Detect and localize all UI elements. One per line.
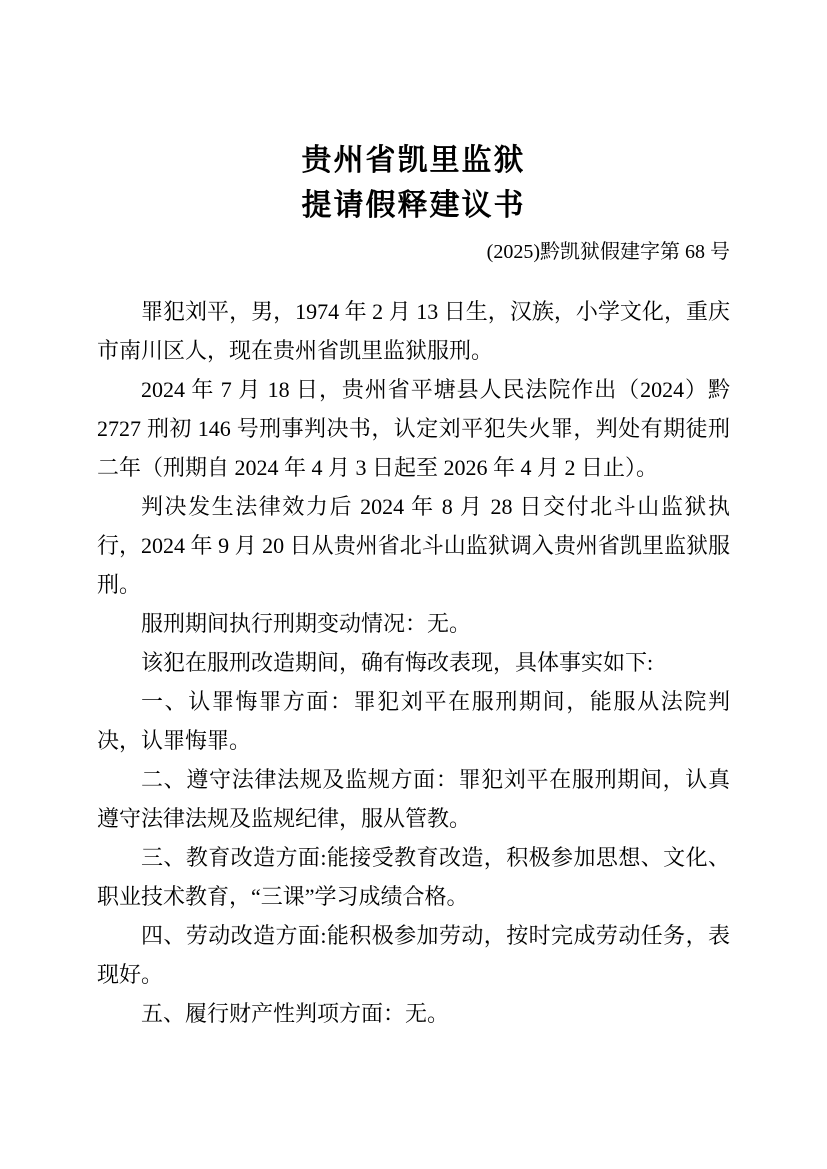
paragraph-repentance-intro: 该犯在服刑改造期间，确有悔改表现，具体事实如下: <box>97 643 730 682</box>
title-line-1: 贵州省凯里监狱 <box>0 138 827 183</box>
paragraph-term-changes: 服刑期间执行刑期变动情况：无。 <box>97 604 730 643</box>
paragraph-offender-info: 罪犯刘平，男，1974 年 2 月 13 日生，汉族，小学文化，重庆市南川区人，… <box>97 292 730 370</box>
paragraph-item-5: 五、履行财产性判项方面：无。 <box>97 994 730 1033</box>
paragraph-item-4: 四、劳动改造方面:能积极参加劳动，按时完成劳动任务，表现好。 <box>97 916 730 994</box>
paragraph-transfer: 判决发生法律效力后 2024 年 8 月 28 日交付北斗山监狱执行，2024 … <box>97 487 730 604</box>
document-page: 贵州省凯里监狱 提请假释建议书 (2025)黔凯狱假建字第 68 号 罪犯刘平，… <box>0 0 827 1169</box>
paragraph-item-2: 二、遵守法律法规及监规方面：罪犯刘平在服刑期间，认真遵守法律法规及监规纪律，服从… <box>97 760 730 838</box>
document-number: (2025)黔凯狱假建字第 68 号 <box>0 238 730 266</box>
paragraph-item-3: 三、教育改造方面:能接受教育改造，积极参加思想、文化、职业技术教育，“三课”学习… <box>97 838 730 916</box>
paragraph-judgment: 2024 年 7 月 18 日，贵州省平塘县人民法院作出（2024）黔 2727… <box>97 370 730 487</box>
document-body: 罪犯刘平，男，1974 年 2 月 13 日生，汉族，小学文化，重庆市南川区人，… <box>97 292 730 1033</box>
title-line-2: 提请假释建议书 <box>0 183 827 228</box>
document-title: 贵州省凯里监狱 提请假释建议书 <box>0 138 827 228</box>
paragraph-item-1: 一、认罪悔罪方面：罪犯刘平在服刑期间，能服从法院判决，认罪悔罪。 <box>97 682 730 760</box>
